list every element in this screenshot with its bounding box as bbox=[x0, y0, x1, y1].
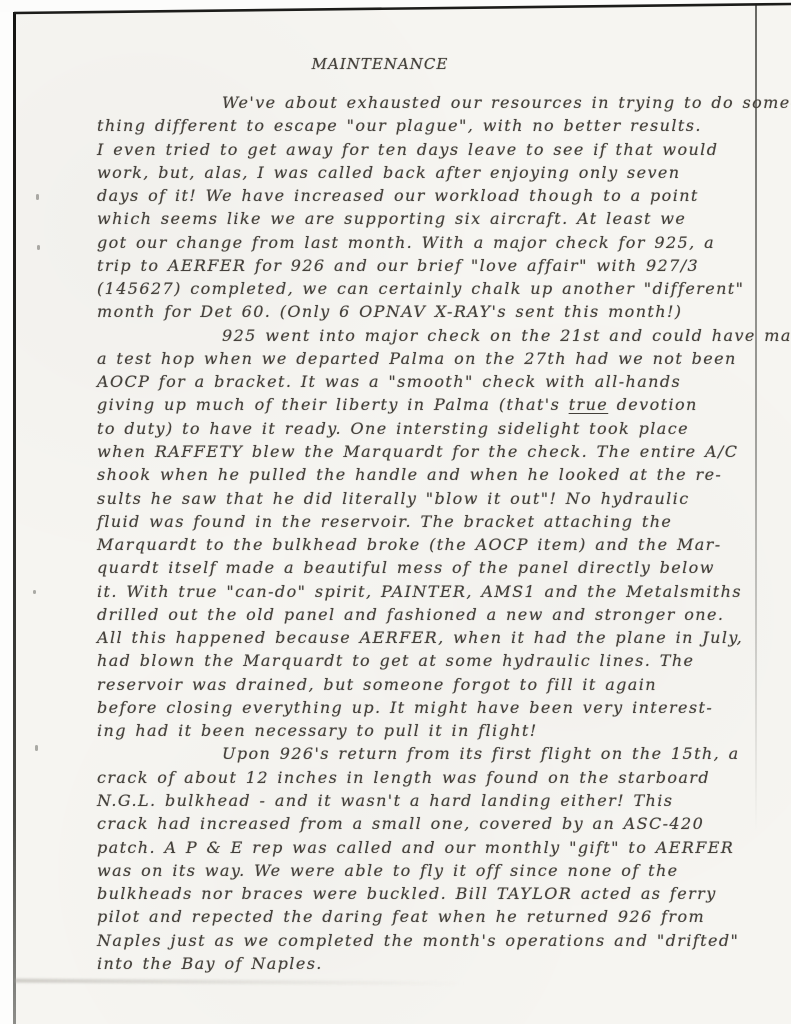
scanned-document-page: MAINTENANCE We've about exhausted our re… bbox=[0, 0, 791, 1024]
document-line: when RAFFETY blew the Marquardt for the … bbox=[97, 440, 737, 463]
scan-edge-left bbox=[13, 9, 16, 1024]
ink-speck bbox=[33, 590, 36, 594]
document-line: crack had increased from a small one, co… bbox=[97, 812, 737, 835]
document-line: was on its way. We were able to fly it o… bbox=[97, 859, 737, 882]
document-line: work, but, alas, I was called back after… bbox=[97, 161, 737, 184]
line-segment: devotion bbox=[608, 395, 698, 414]
document-line: Naples just as we completed the month's … bbox=[97, 929, 737, 952]
ink-speck bbox=[37, 245, 40, 250]
document-line: quardt itself made a beautiful mess of t… bbox=[97, 556, 737, 579]
document-line: (145627) completed, we can certainly cha… bbox=[97, 277, 737, 300]
ink-speck bbox=[35, 745, 38, 751]
scan-edge-right bbox=[755, 2, 757, 832]
document-line: month for Det 60. (Only 6 OPNAV X-RAY's … bbox=[97, 300, 737, 323]
document-line: I even tried to get away for ten days le… bbox=[97, 138, 737, 161]
ink-speck bbox=[36, 194, 39, 200]
document-body: We've about exhausted our resources in t… bbox=[97, 91, 737, 975]
document-line: before closing everything up. It might h… bbox=[97, 696, 737, 719]
document-line: days of it! We have increased our worklo… bbox=[97, 184, 737, 207]
document-line: Marquardt to the bulkhead broke (the AOC… bbox=[97, 533, 737, 556]
line-segment: giving up much of their liberty in Palma… bbox=[97, 395, 569, 414]
document-line: 925 went into major check on the 21st an… bbox=[97, 324, 737, 347]
document-line: reservoir was drained, but someone forgo… bbox=[97, 673, 737, 696]
scan-edge-top bbox=[0, 0, 791, 20]
document-line: had blown the Marquardt to get at some h… bbox=[97, 649, 737, 672]
document-line: patch. A P & E rep was called and our mo… bbox=[97, 836, 737, 859]
scanner-bed-strip bbox=[0, 0, 14, 1024]
document-line: shook when he pulled the handle and when… bbox=[97, 463, 737, 486]
underlined-word: true bbox=[569, 395, 608, 414]
document-line: trip to AERFER for 926 and our brief "lo… bbox=[97, 254, 737, 277]
document-line: AOCP for a bracket. It was a "smooth" ch… bbox=[97, 370, 737, 393]
paper-crease-mark bbox=[15, 979, 465, 986]
document-line: got our change from last month. With a m… bbox=[97, 231, 737, 254]
page-title: MAINTENANCE bbox=[0, 55, 760, 73]
document-line-with-underline: giving up much of their liberty in Palma… bbox=[97, 393, 737, 416]
document-line: pilot and repected the daring feat when … bbox=[97, 905, 737, 928]
document-line: bulkheads nor braces were buckled. Bill … bbox=[97, 882, 737, 905]
document-line: fluid was found in the reservoir. The br… bbox=[97, 510, 737, 533]
document-line: ing had it been necessary to pull it in … bbox=[97, 719, 737, 742]
document-line: to duty) to have it ready. One interstin… bbox=[97, 417, 737, 440]
document-line: into the Bay of Naples. bbox=[97, 952, 737, 975]
document-line: We've about exhausted our resources in t… bbox=[97, 91, 737, 114]
document-line: N.G.L. bulkhead - and it wasn't a hard l… bbox=[97, 789, 737, 812]
document-line: crack of about 12 inches in length was f… bbox=[97, 766, 737, 789]
document-line: it. With true "can-do" spirit, PAINTER, … bbox=[97, 580, 737, 603]
document-line: Upon 926's return from its first flight … bbox=[97, 742, 737, 765]
document-line: thing different to escape "our plague", … bbox=[97, 114, 737, 137]
document-line: drilled out the old panel and fashioned … bbox=[97, 603, 737, 626]
document-line: All this happened because AERFER, when i… bbox=[97, 626, 737, 649]
document-line: which seems like we are supporting six a… bbox=[97, 207, 737, 230]
document-line: sults he saw that he did literally "blow… bbox=[97, 487, 737, 510]
document-line: a test hop when we departed Palma on the… bbox=[97, 347, 737, 370]
